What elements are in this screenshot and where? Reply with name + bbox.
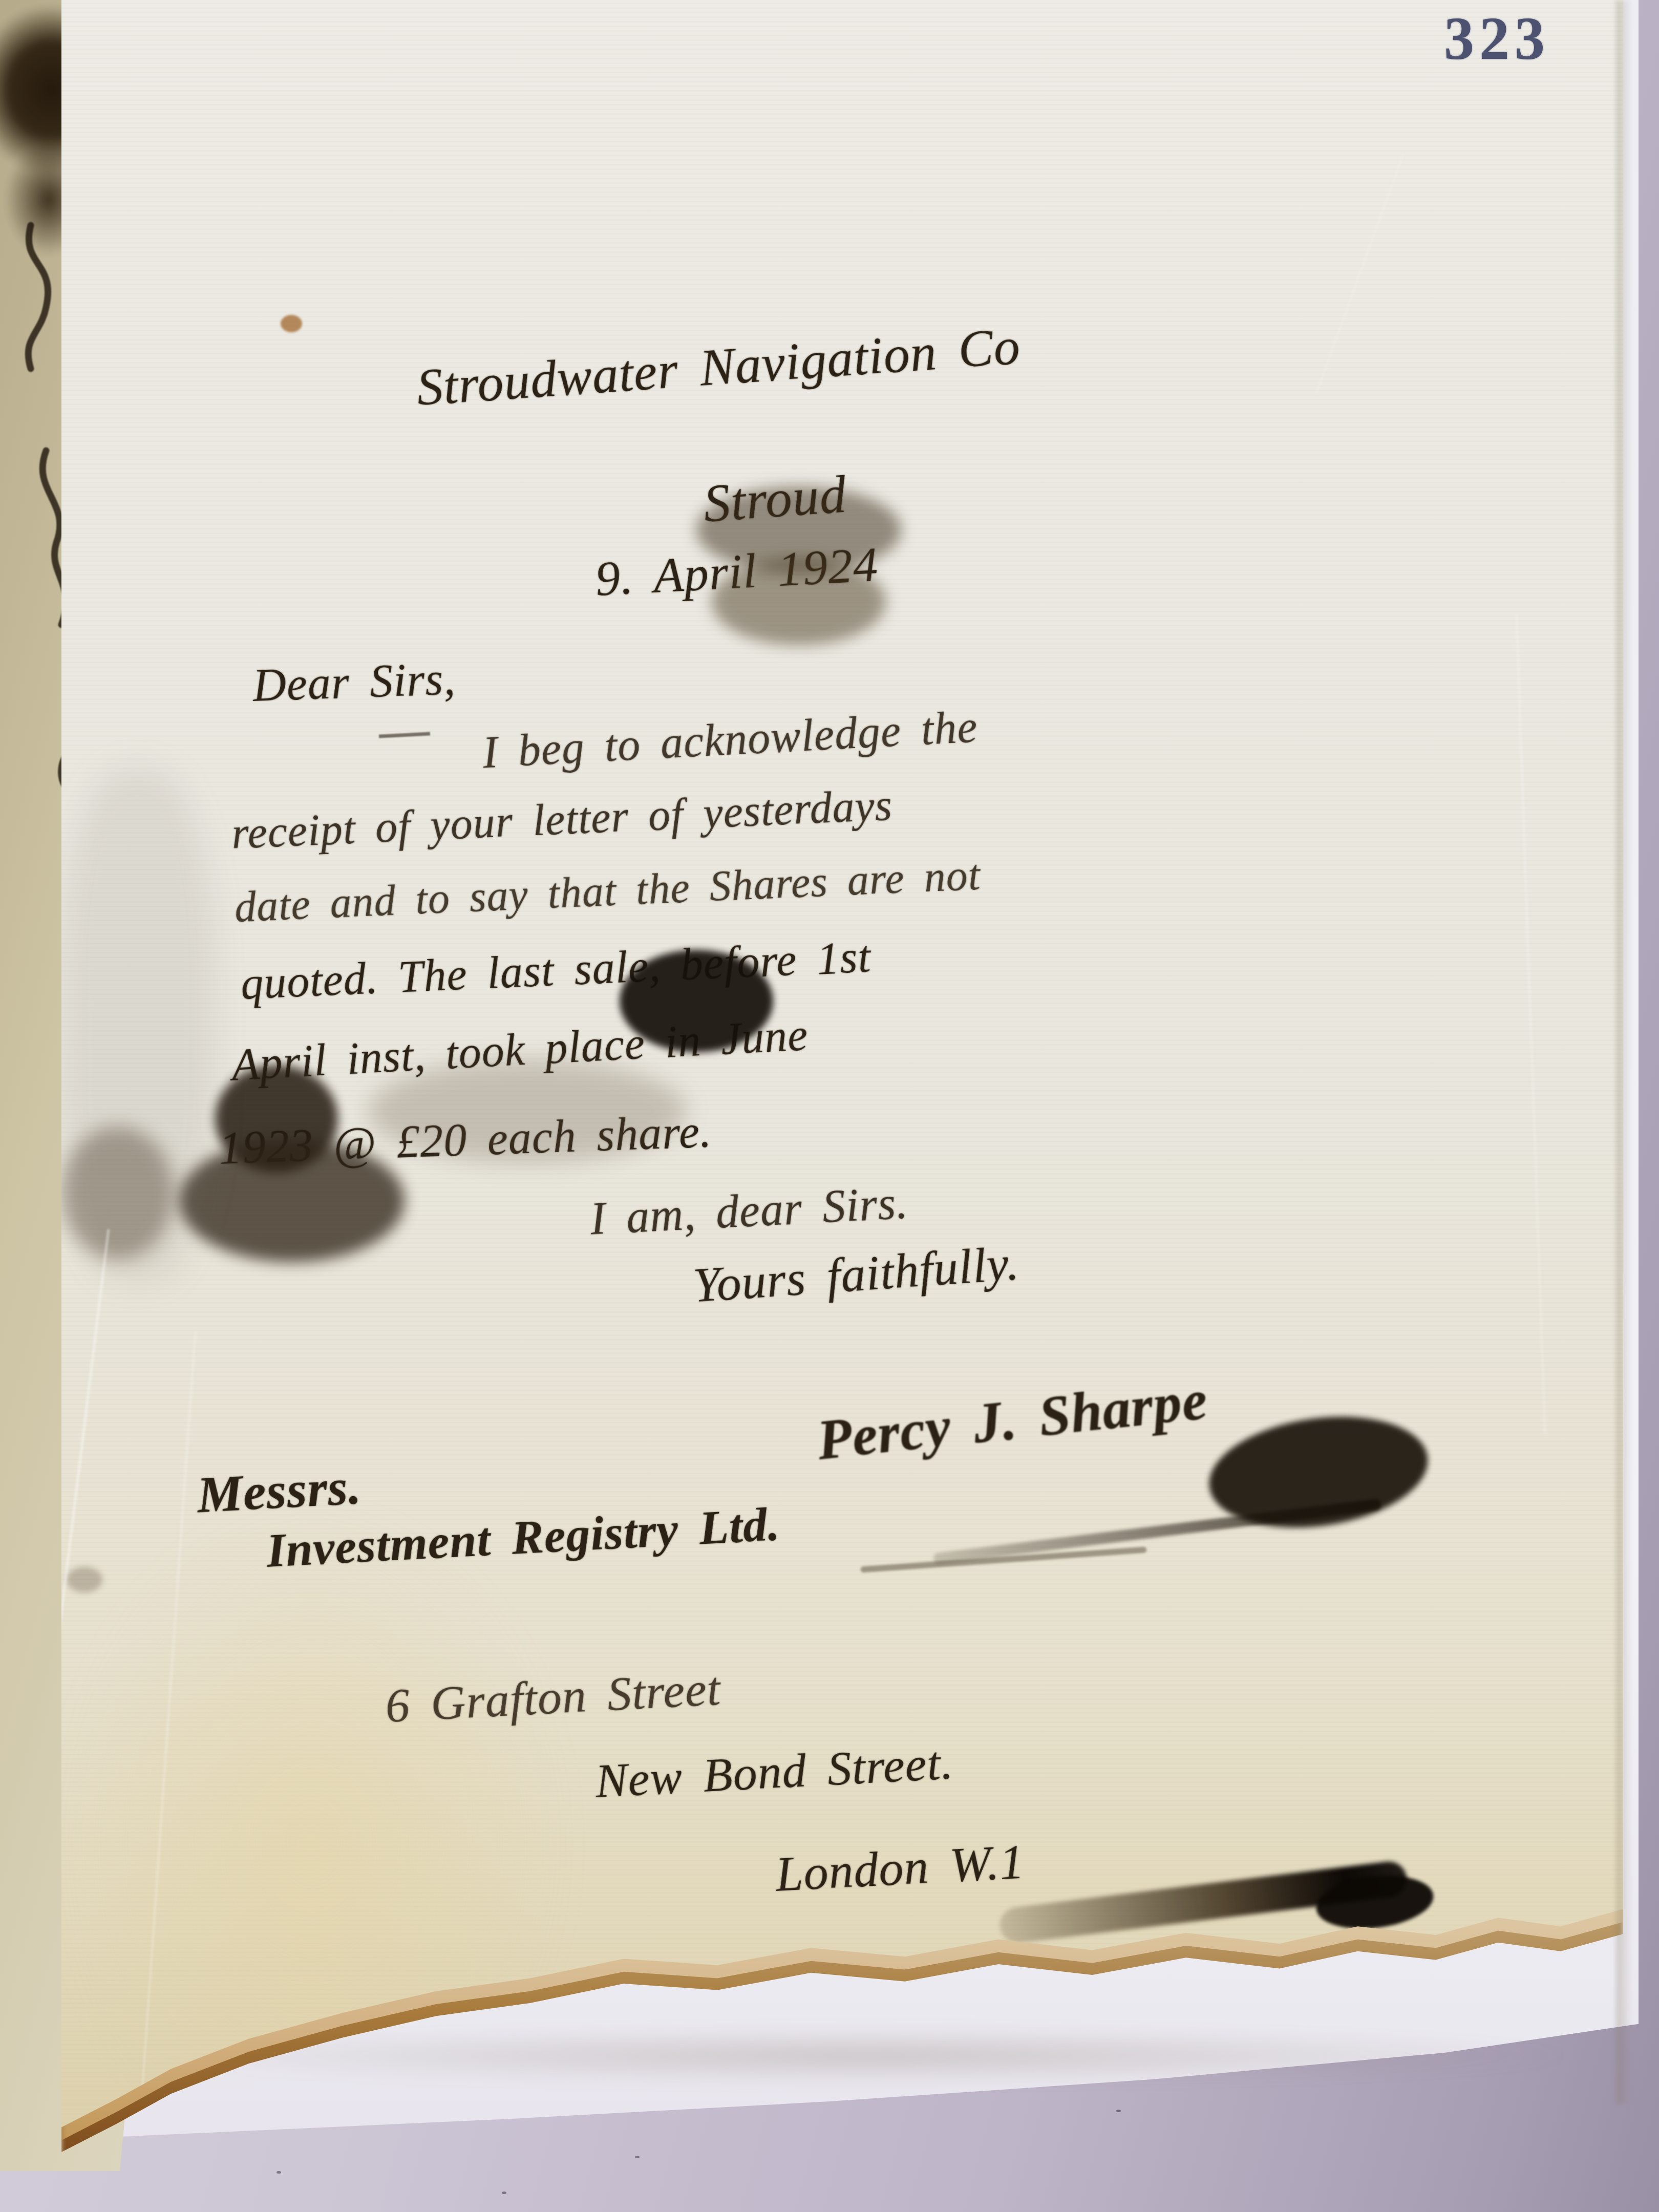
signature: Percy J. Sharpe: [814, 1367, 1210, 1473]
letterhead-company: Stroudwater Navigation Co: [415, 316, 1022, 418]
ink-smudge: [179, 1139, 405, 1262]
torn-edge-shadow: [143, 2028, 1587, 2084]
cloth-speck: [635, 2156, 640, 2158]
paper-stain: [67, 1567, 102, 1592]
page-number-stamp: 323: [1444, 4, 1550, 74]
paper-stain: [281, 315, 302, 332]
ink-blot: [620, 950, 773, 1052]
body-line: date and to say that the Shares are not: [233, 850, 982, 932]
letterbook-photograph: 323 Stroudwater Navigation Co Stroud 9. …: [0, 0, 1659, 2212]
body-line: I beg to acknowledge the: [481, 701, 979, 779]
body-line: receipt of your letter of yesterdays: [230, 779, 894, 859]
cloth-speck: [1116, 2110, 1121, 2112]
salutation: Dear Sirs,: [252, 652, 456, 712]
paper-crease: [1516, 614, 1546, 1433]
ink-smudge: [61, 1126, 174, 1260]
page-edge-shadow: [1616, 0, 1632, 2104]
recipient-line: London W.1: [774, 1833, 1026, 1903]
recipient-line: Messrs.: [196, 1457, 363, 1524]
recipient-line: New Bond Street.: [594, 1735, 955, 1809]
paper-crease: [1315, 154, 1404, 395]
cloth-speck: [276, 2171, 281, 2174]
cloth-speck: [502, 2192, 506, 2194]
salutation-underline: [379, 732, 430, 738]
ink-smudge: [712, 558, 886, 645]
letter-page: 323 Stroudwater Navigation Co Stroud 9. …: [61, 0, 1623, 2161]
ink-smudge: [369, 1060, 686, 1162]
body-line: quoted. The last sale, before 1st: [240, 931, 872, 1010]
closing-line: Yours faithfully.: [691, 1235, 1021, 1314]
closing-line: I am, dear Sirs.: [589, 1176, 909, 1245]
